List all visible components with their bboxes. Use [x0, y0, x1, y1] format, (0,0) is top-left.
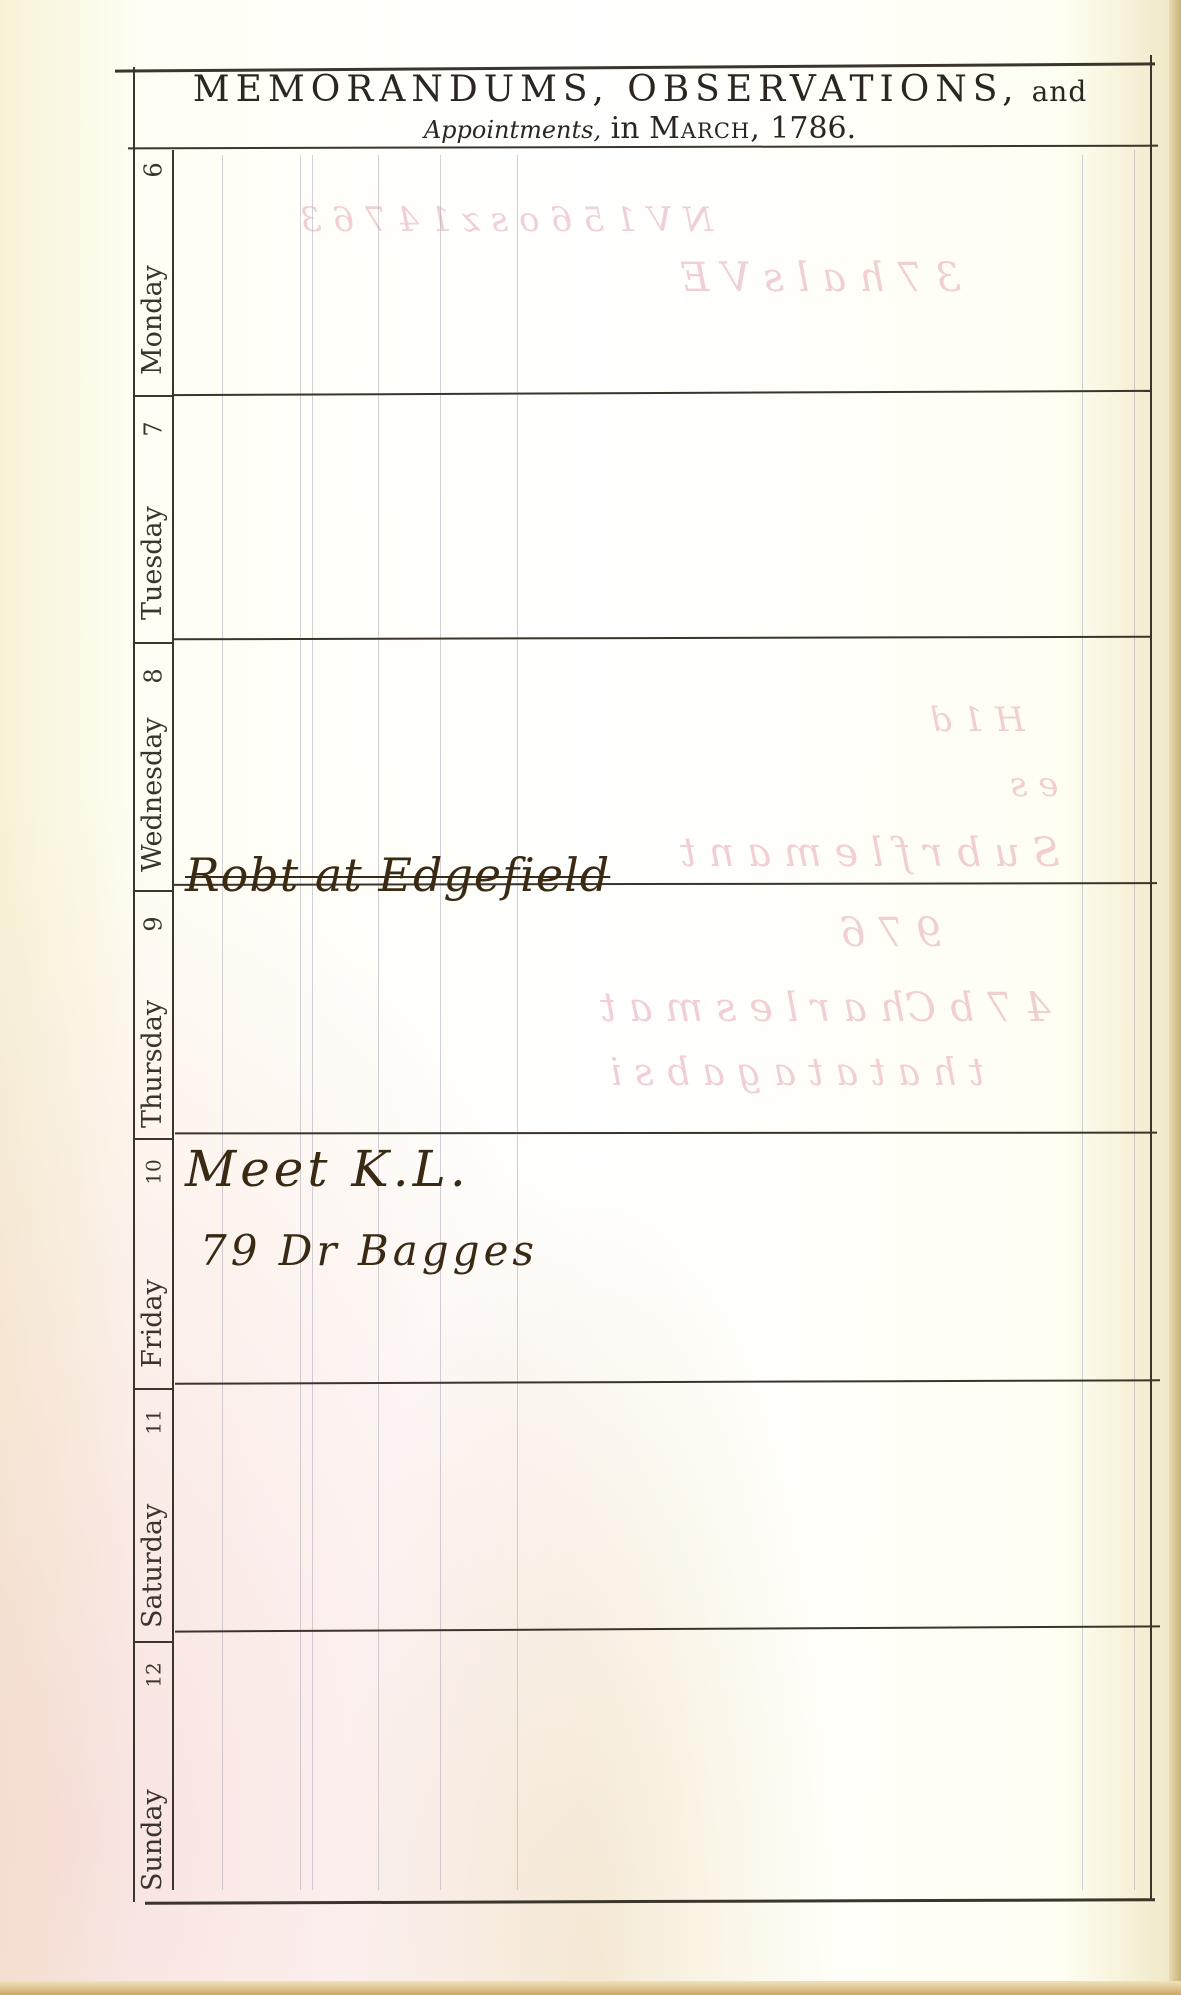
header-subtitle-in: in: [611, 111, 640, 146]
header-subtitle-year: 1786.: [770, 111, 856, 146]
day-cell-monday: 6 Monday: [135, 152, 172, 395]
day-cell-friday: 10 Friday: [135, 1140, 172, 1386]
day-number: 10: [142, 1154, 166, 1191]
day-name: Thursday: [137, 1000, 168, 1128]
header-title: MEMORANDUMS, OBSERVATIONS,and: [140, 70, 1140, 112]
day-cell-saturday: 11 Saturday: [135, 1390, 172, 1640]
day-number: 11: [142, 1404, 166, 1441]
page-edge-bottom: [0, 1981, 1181, 1995]
day-number: 6: [140, 152, 168, 189]
day-cell-wednesday: 8 Wednesday: [135, 644, 172, 890]
day-name: Sunday: [137, 1789, 168, 1891]
day-cell-sunday: 12 Sunday: [135, 1643, 172, 1893]
day-cell-tuesday: 7 Tuesday: [135, 397, 172, 640]
header-subtitle: Appointments, in March, 1786.: [140, 112, 1140, 147]
day-name: Saturday: [137, 1504, 168, 1628]
day-name: Friday: [137, 1279, 168, 1368]
frame-right-rule: [1150, 55, 1152, 1900]
day-cell-thursday: 9 Thursday: [135, 892, 172, 1138]
day-column-rule: [172, 150, 174, 1890]
day-number: 9: [140, 906, 168, 943]
page-edge-right: [1169, 0, 1181, 1995]
day-name: Wednesday: [137, 717, 168, 872]
entry-friday-line2: 79 Dr Bagges: [200, 1226, 538, 1275]
entry-friday-line1: Meet K.L.: [185, 1140, 470, 1198]
entry-wednesday: Robt at Edgefield: [185, 848, 610, 902]
paper-background: [0, 0, 1181, 1995]
day-name: Tuesday: [137, 506, 168, 620]
inner-right-rule: [1134, 150, 1135, 1890]
day-name: Monday: [137, 265, 168, 375]
day-number: 7: [140, 411, 168, 448]
header-subtitle-month: March,: [649, 111, 761, 146]
day-number: 8: [140, 658, 168, 695]
day-number: 12: [142, 1657, 166, 1694]
header-title-and: and: [1032, 75, 1088, 108]
ledger-column-line: [1082, 155, 1083, 1890]
page-header: MEMORANDUMS, OBSERVATIONS,and Appointmen…: [140, 62, 1140, 146]
header-title-main: MEMORANDUMS, OBSERVATIONS,: [193, 69, 1020, 110]
header-subtitle-appointments: Appointments,: [424, 116, 601, 144]
